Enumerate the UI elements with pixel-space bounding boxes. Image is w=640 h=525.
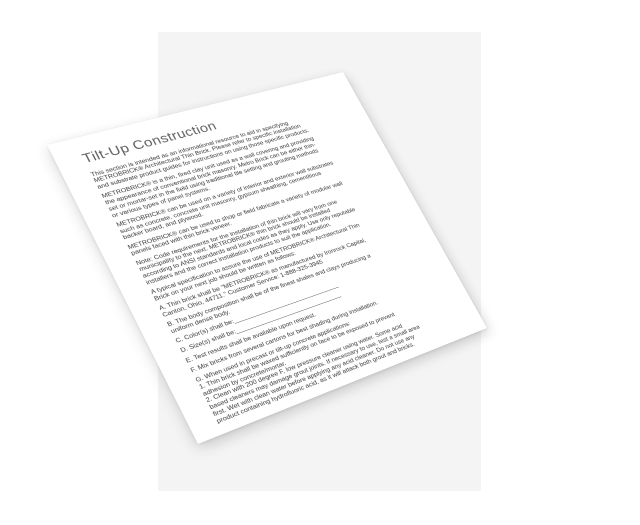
page-canvas: Tilt-Up Construction This section is int… <box>0 0 640 525</box>
